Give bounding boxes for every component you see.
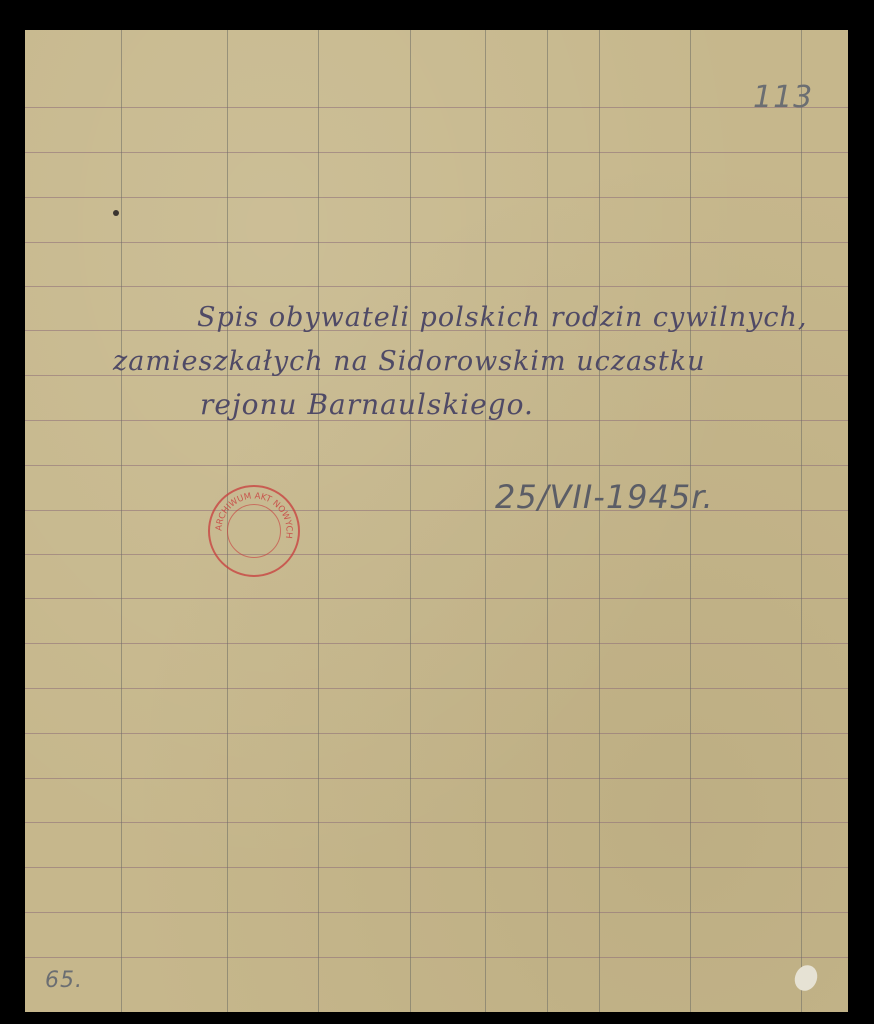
grid-line [25, 465, 848, 466]
grid-line [410, 30, 411, 1012]
archive-stamp: ARCHIWUM AKT NOWYCH [208, 485, 300, 577]
ink-speck [113, 210, 119, 216]
paper-hole [790, 961, 823, 995]
document-date: 25/VII-1945r. [495, 478, 714, 516]
grid-line [318, 30, 319, 1012]
grid-line [25, 510, 848, 511]
grid-line [801, 30, 802, 1012]
grid-line [25, 733, 848, 734]
stamp-text: ARCHIWUM AKT NOWYCH [210, 487, 298, 575]
grid-line [25, 286, 848, 287]
grid-line [25, 197, 848, 198]
title-line-2: zamieszkałych na Sidorowskim uczastku [113, 346, 706, 377]
grid-line [25, 867, 848, 868]
grid-line [690, 30, 691, 1012]
grid-line [25, 152, 848, 153]
grid-line [25, 242, 848, 243]
grid-line [25, 554, 848, 555]
svg-text:ARCHIWUM AKT NOWYCH: ARCHIWUM AKT NOWYCH [214, 491, 293, 539]
grid-line [25, 688, 848, 689]
grid-line [25, 912, 848, 913]
grid-line [485, 30, 486, 1012]
grid-line [25, 643, 848, 644]
document-page: 113 Spis obywateli polskich rodzin cywil… [25, 30, 848, 1012]
grid-line [25, 598, 848, 599]
title-line-1: Spis obywateli polskich rodzin cywilnych… [197, 302, 807, 333]
grid-line [25, 822, 848, 823]
title-line-3: rejonu Barnaulskiego. [200, 388, 534, 421]
grid-line [25, 107, 848, 108]
grid-line [599, 30, 600, 1012]
grid-line [25, 778, 848, 779]
grid-line [25, 957, 848, 958]
bottom-note: 65. [45, 968, 83, 993]
grid-line [547, 30, 548, 1012]
grid-line [121, 30, 122, 1012]
folio-number: 113 [753, 80, 813, 115]
